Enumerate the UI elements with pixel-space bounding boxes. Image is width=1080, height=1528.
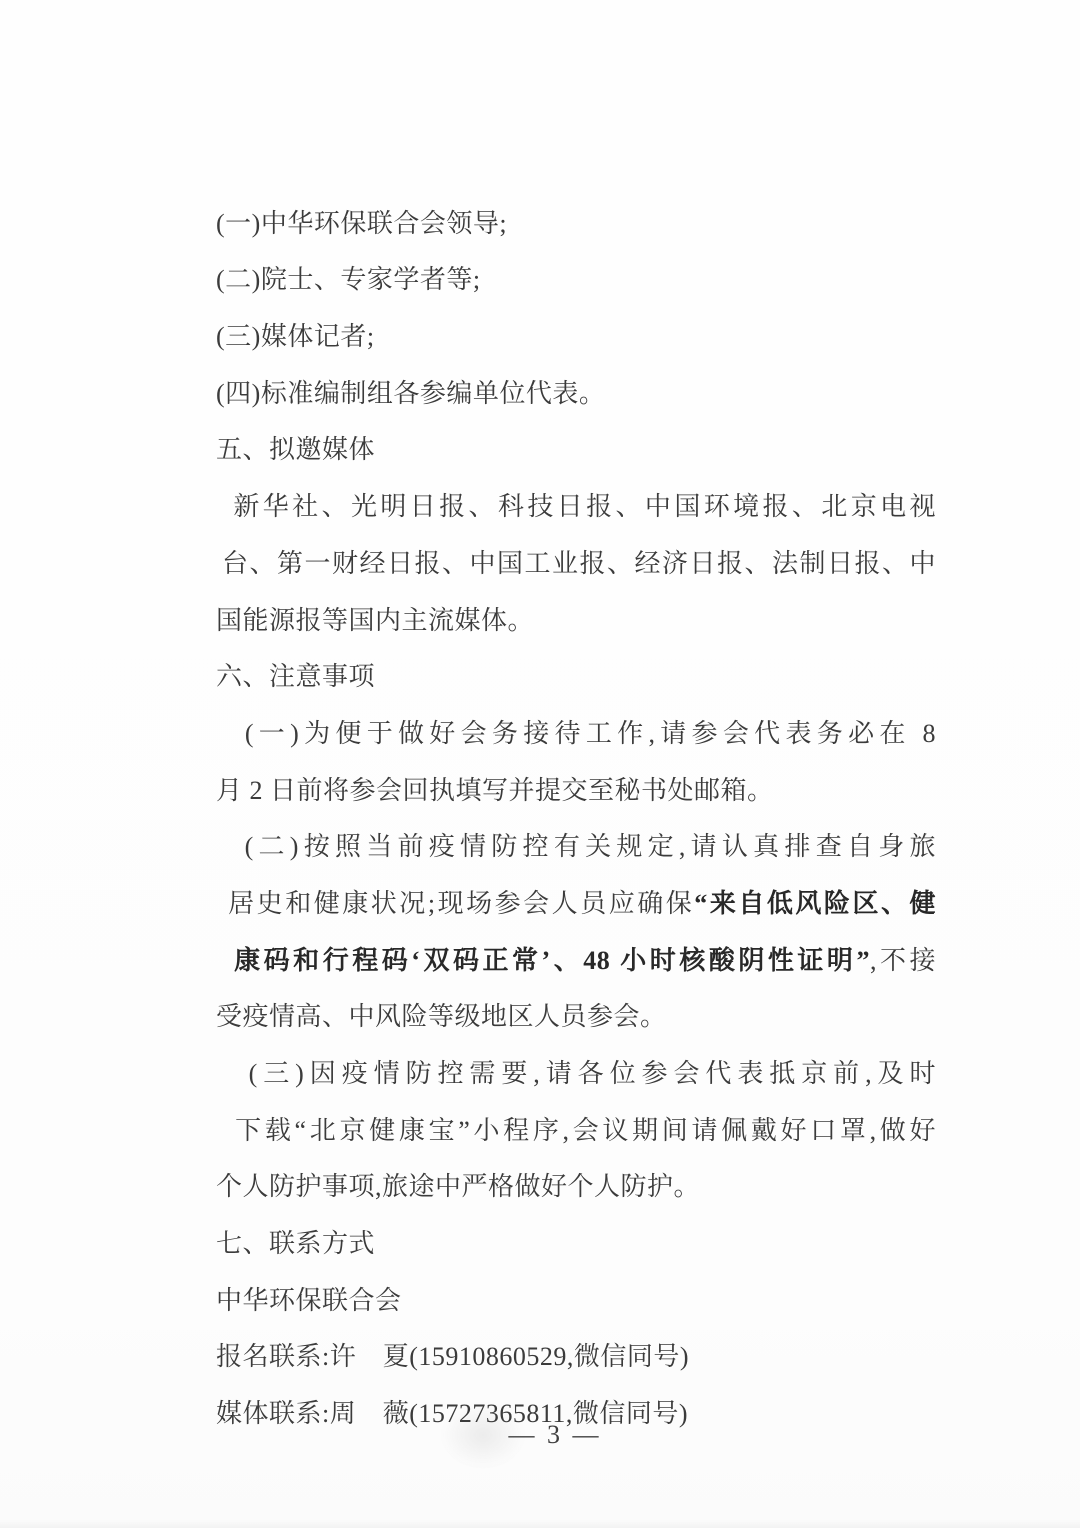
- line-text: 个人防护事项,旅途中严格做好个人防护。: [216, 1172, 700, 1201]
- scanned-document-page: (一)中华环保联合会领导; (二)院士、专家学者等; (三)媒体记者; (四)标…: [0, 0, 1080, 1528]
- line-text: (一)中华环保联合会领导;: [216, 209, 507, 238]
- line-text: 下载“北京健康宝”小程序,会议期间请佩戴好口罩,做好: [235, 1116, 936, 1145]
- line-text: 国能源报等国内主流媒体。: [216, 606, 534, 635]
- list-item-leaders: (一)中华环保联合会领导;: [174, 139, 936, 196]
- document-body: (一)中华环保联合会领导; (二)院士、专家学者等; (三)媒体记者; (四)标…: [174, 139, 936, 1386]
- line-text: (二)院士、专家学者等;: [216, 265, 481, 294]
- line-text: (二)按照当前疫情防控有关规定,请认真排查自身旅: [245, 832, 936, 861]
- page-number: — 3 —: [174, 1407, 936, 1463]
- line-text: (三)媒体记者;: [216, 322, 375, 351]
- line-text: 月 2 日前将参会回执填写并提交至秘书处邮箱。: [216, 776, 774, 805]
- line-text: 六、注意事项: [216, 662, 375, 691]
- line-text: 五、拟邀媒体: [216, 435, 375, 464]
- line-text: 中华环保联合会: [216, 1286, 402, 1315]
- line-text: (一)为便于做好会务接待工作,请参会代表务必在 8: [245, 719, 936, 748]
- line-text-emphasis: 康码和行程码‘双码正常’、48 小时核酸阴性证明”: [234, 946, 870, 975]
- line-text: 七、联系方式: [216, 1229, 375, 1258]
- line-text-emphasis: “来自低风险区、健: [694, 889, 936, 918]
- scan-bottom-edge: [0, 1520, 1080, 1528]
- line-text: (三)因疫情防控需要,请各位参会代表抵京前,及时: [249, 1059, 936, 1088]
- line-text: (四)标准编制组各参编单位代表。: [216, 379, 605, 408]
- line-text: ,不接: [870, 946, 936, 975]
- line-text: 新华社、光明日报、科技日报、中国环境报、北京电视: [233, 492, 936, 521]
- line-text: 台、第一财经日报、中国工业报、经济日报、法制日报、中: [222, 549, 936, 578]
- line-text: 受疫情高、中风险等级地区人员参会。: [216, 1002, 667, 1031]
- line-text: 居史和健康状况;现场参会人员应确保: [228, 889, 694, 918]
- line-text: 报名联系:许 夏(15910860529,微信同号): [216, 1342, 689, 1371]
